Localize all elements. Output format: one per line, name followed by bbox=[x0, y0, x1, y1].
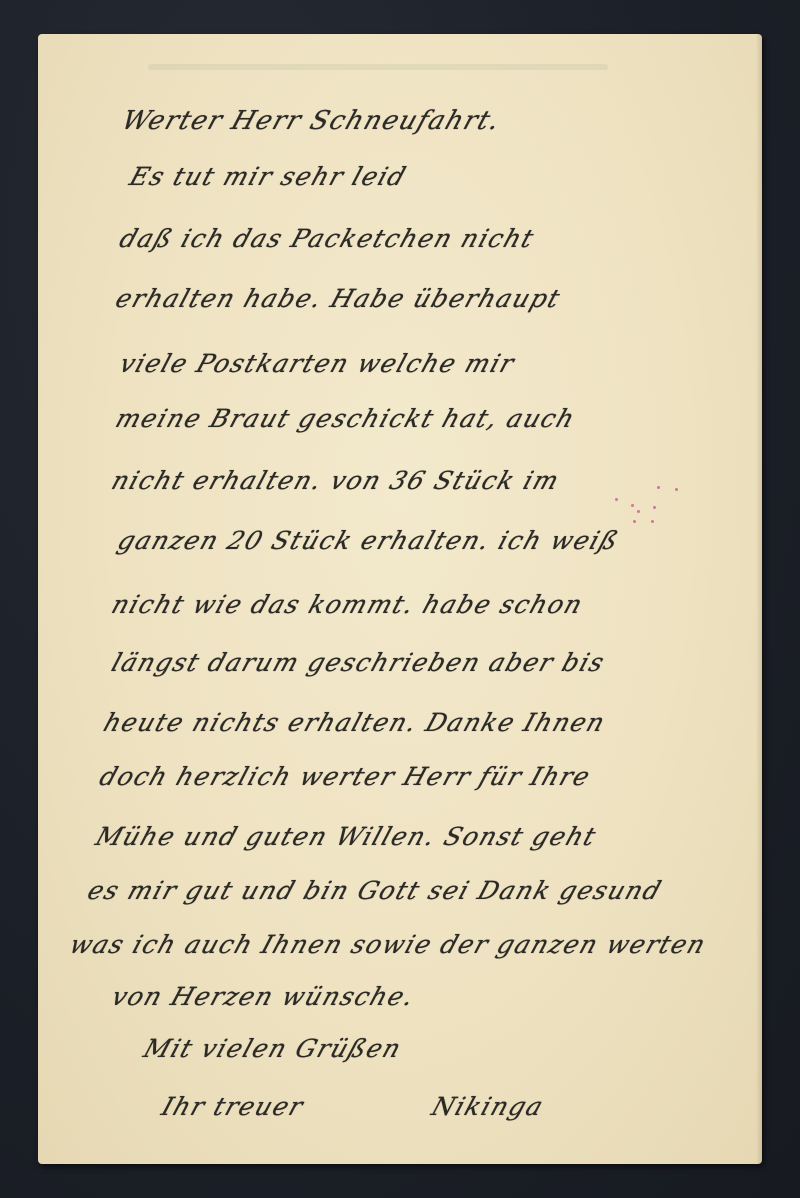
faint-printed-line bbox=[148, 64, 608, 70]
letter-line: ganzen 20 Stück erhalten. ich weiß bbox=[114, 526, 623, 555]
letter-line: Mühe und guten Willen. Sonst geht bbox=[92, 822, 601, 851]
letter-line: heute nichts erhalten. Danke Ihnen bbox=[100, 708, 610, 737]
letter-line: Es tut mir sehr leid bbox=[126, 162, 411, 191]
letter-line: nicht wie das kommt. habe schon bbox=[108, 590, 587, 619]
salutation: Werter Herr Schneufahrt. bbox=[118, 106, 505, 136]
postmark-trace bbox=[613, 484, 673, 544]
letter-line: was ich auch Ihnen sowie der ganzen wert… bbox=[66, 930, 710, 959]
letter-line: daß ich das Packetchen nicht bbox=[116, 224, 539, 253]
closing-greeting: Mit vielen Grüßen bbox=[140, 1034, 406, 1063]
letter-line: von Herzen wünsche. bbox=[108, 982, 419, 1011]
letter-line: längst darum geschrieben aber bis bbox=[108, 648, 609, 677]
letter-line: es mir gut und bin Gott sei Dank gesund bbox=[84, 876, 666, 905]
letter-line: nicht erhalten. von 36 Stück im bbox=[108, 466, 564, 495]
signature-prefix: Ihr treuer bbox=[158, 1092, 308, 1121]
letter-line: meine Braut geschickt hat, auch bbox=[112, 404, 580, 433]
signature-name: Nikinga bbox=[428, 1092, 548, 1121]
letter-line: viele Postkarten welche mir bbox=[116, 349, 519, 378]
letter-line: erhalten habe. Habe überhaupt bbox=[112, 284, 565, 313]
letter-line: doch herzlich werter Herr für Ihre bbox=[96, 762, 595, 791]
postcard: Werter Herr Schneufahrt. Es tut mir sehr… bbox=[38, 34, 762, 1164]
